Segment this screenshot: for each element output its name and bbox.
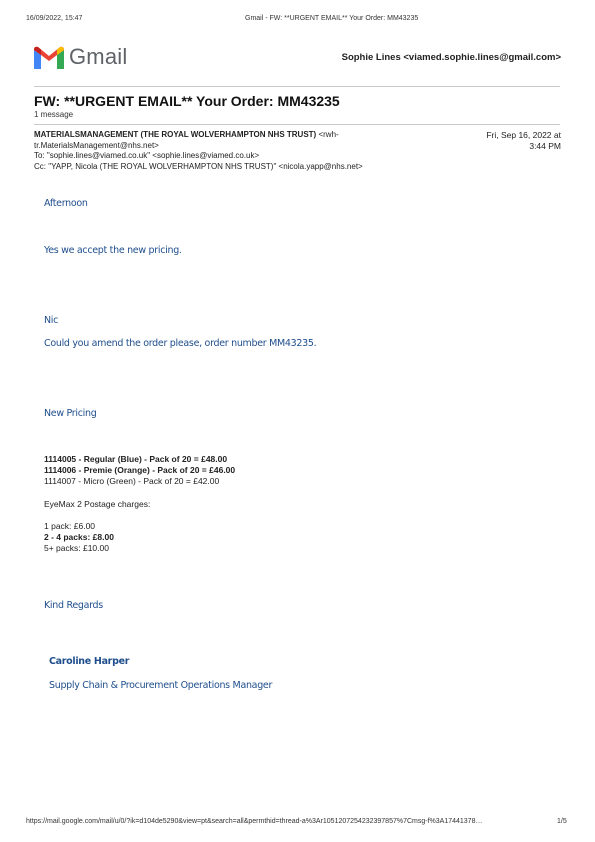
sender-name: MATERIALSMANAGEMENT (THE ROYAL WOLVERHAM… <box>34 130 316 139</box>
to-line: To: "sophie.lines@viamed.co.uk" <sophie.… <box>34 151 259 162</box>
print-url: https://mail.google.com/mail/u/0/?ik=d10… <box>26 818 482 825</box>
signature-name: Caroline Harper <box>49 656 129 667</box>
sender-line: MATERIALSMANAGEMENT (THE ROYAL WOLVERHAM… <box>34 130 339 141</box>
body-request: Could you amend the order please, order … <box>44 338 316 349</box>
gmail-logo[interactable]: Gmail <box>34 44 127 70</box>
message-date-time: 3:44 PM <box>486 141 561 152</box>
body-salutation: Nic <box>44 315 58 326</box>
body-greeting: Afternoon <box>44 198 88 209</box>
print-datetime: 16/09/2022, 15:47 <box>26 15 82 22</box>
gmail-m-logo-icon <box>34 46 64 69</box>
message-date-day: Fri, Sep 16, 2022 at <box>486 130 561 141</box>
pricing-line: 1114006 - Premie (Orange) - Pack of 20 =… <box>44 465 235 475</box>
sender-email: <rwh- <box>318 130 338 139</box>
account-label: Sophie Lines <viamed.sophie.lines@gmail.… <box>342 52 561 63</box>
divider <box>34 124 560 125</box>
postage-line: 2 - 4 packs: £8.00 <box>44 532 114 542</box>
cc-line: Cc: "YAPP, Nicola (THE ROYAL WOLVERHAMPT… <box>34 162 363 173</box>
message-date: Fri, Sep 16, 2022 at 3:44 PM <box>486 130 561 152</box>
signature-title: Supply Chain & Procurement Operations Ma… <box>49 680 272 691</box>
postage-line: 1 pack: £6.00 <box>44 521 95 531</box>
thread-subject: FW: **URGENT EMAIL** Your Order: MM43235 <box>34 93 340 109</box>
postage-heading: EyeMax 2 Postage charges: <box>44 499 150 509</box>
message-count: 1 message <box>34 110 73 119</box>
pricing-line: 1114005 - Regular (Blue) - Pack of 20 = … <box>44 454 227 464</box>
gmail-wordmark: Gmail <box>69 44 127 70</box>
print-page-number: 1/5 <box>557 818 567 825</box>
divider <box>34 86 560 87</box>
postage-line: 5+ packs: £10.00 <box>44 543 109 553</box>
body-accept: Yes we accept the new pricing. <box>44 245 182 256</box>
body-closing: Kind Regards <box>44 600 103 611</box>
pricing-line: 1114007 - Micro (Green) - Pack of 20 = £… <box>44 476 219 486</box>
print-page-title: Gmail - FW: **URGENT EMAIL** Your Order:… <box>245 15 418 22</box>
sender-email-cont: tr.MaterialsManagement@nhs.net> <box>34 141 159 152</box>
pricing-heading: New Pricing <box>44 408 96 419</box>
